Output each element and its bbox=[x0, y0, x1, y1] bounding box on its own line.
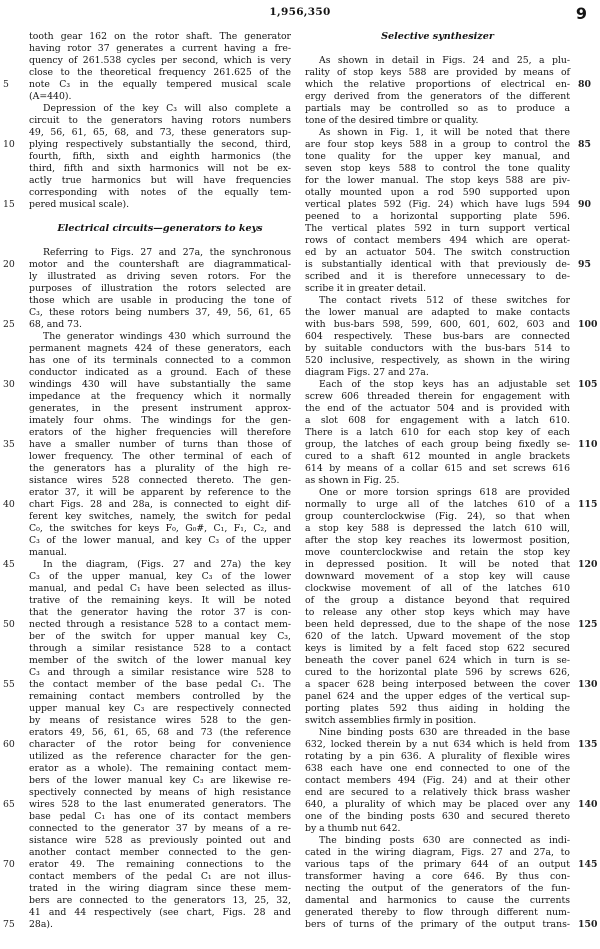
text-line: scribe it in greater detail. bbox=[305, 283, 570, 295]
line-number: 135 bbox=[578, 739, 597, 751]
text-line: C₃ of the upper manual, key C₃ of the lo… bbox=[29, 571, 291, 583]
text-line: close to the theoretical frequency 261.6… bbox=[29, 67, 291, 79]
text-line: 28a). bbox=[29, 919, 291, 931]
text-line: The contact rivets 512 of these switches… bbox=[305, 295, 570, 307]
text-line: manual. bbox=[29, 547, 291, 559]
line-number: 60 bbox=[3, 739, 15, 751]
text-line: been held depressed, due to the shape of… bbox=[305, 619, 570, 631]
text-line: manual, and pedal C₁ have been selected … bbox=[29, 583, 291, 595]
text-line: the generators has a plurality of the hi… bbox=[29, 463, 291, 475]
text-line: that the generator having the rotor 37 i… bbox=[29, 607, 291, 619]
text-line: purposes of illustration the rotors sele… bbox=[29, 283, 291, 295]
text-line: move counterclockwise and retain the sto… bbox=[305, 547, 570, 559]
line-number: 45 bbox=[3, 559, 15, 571]
text-line: member of the switch of the lower manual… bbox=[29, 655, 291, 667]
text-line: porting plates 592 thus aiding in holdin… bbox=[305, 703, 570, 715]
text-line: ergy derived from the generators of the … bbox=[305, 91, 570, 103]
text-line: 632, locked therein by a nut 634 which i… bbox=[305, 739, 570, 751]
line-number: 105 bbox=[578, 379, 597, 391]
section-heading: Electrical circuits—generators to keys bbox=[29, 223, 291, 235]
text-line: has one of its terminals connected to a … bbox=[29, 355, 291, 367]
text-line: trated in the wiring diagram since these… bbox=[29, 883, 291, 895]
text-line: upper manual key C₃ are respectively con… bbox=[29, 703, 291, 715]
spacer bbox=[305, 43, 570, 55]
text-line: group, the latches of each group being f… bbox=[305, 439, 570, 451]
line-number: 90 bbox=[578, 199, 591, 211]
line-number: 125 bbox=[578, 619, 597, 631]
text-line: tooth gear 162 on the rotor shaft. The g… bbox=[29, 31, 291, 43]
text-line: is substantially identical with that pre… bbox=[305, 259, 570, 271]
text-line: C₃ and through a similar resistance wire… bbox=[29, 667, 291, 679]
text-line: having rotor 37 generates a current havi… bbox=[29, 43, 291, 55]
spacer bbox=[29, 235, 291, 247]
text-line: sistance wire 528 as previously pointed … bbox=[29, 835, 291, 847]
text-line: C₃, these rotors being numbers 37, 49, 5… bbox=[29, 307, 291, 319]
line-number: 120 bbox=[578, 559, 597, 571]
text-line: end are secured to a relatively thick br… bbox=[305, 787, 570, 799]
text-line: permanent magnets 424 of these generator… bbox=[29, 343, 291, 355]
text-line: generates, in the present instrument app… bbox=[29, 403, 291, 415]
text-line: damental and harmonics to cause the curr… bbox=[305, 895, 570, 907]
line-number: 80 bbox=[578, 79, 591, 91]
text-line: erators 49, 56, 61, 65, 68 and 73 (the r… bbox=[29, 727, 291, 739]
text-line: base pedal C₁ has one of its contact mem… bbox=[29, 811, 291, 823]
text-line: beneath the cover panel 624 which in tur… bbox=[305, 655, 570, 667]
text-line: third, fifth and sixth harmonics will no… bbox=[29, 163, 291, 175]
text-line: trative of the remaining keys. It will b… bbox=[29, 595, 291, 607]
line-number: 85 bbox=[578, 139, 591, 151]
text-line: Each of the stop keys has an adjustable … bbox=[305, 379, 570, 391]
text-line: fourth, fifth, sixth and eighth harmonic… bbox=[29, 151, 291, 163]
paragraph: Each of the stop keys has an adjustable … bbox=[305, 379, 570, 487]
text-line: clockwise movement of all of the latches… bbox=[305, 583, 570, 595]
line-number: 95 bbox=[578, 259, 591, 271]
text-line: One or more torsion springs 618 are prov… bbox=[305, 487, 570, 499]
line-number: 115 bbox=[578, 499, 597, 511]
text-line: the contact member of the base pedal C₁.… bbox=[29, 679, 291, 691]
paragraph: As shown in Fig. 1, it will be noted tha… bbox=[305, 127, 570, 295]
paragraph: tooth gear 162 on the rotor shaft. The g… bbox=[29, 31, 291, 103]
text-line: 41 and 44 respectively (see chart, Figs.… bbox=[29, 907, 291, 919]
text-line: The generator windings 430 which surroun… bbox=[29, 331, 291, 343]
text-line: through a similar resistance 528 to a co… bbox=[29, 643, 291, 655]
text-line: ferent key switches, namely, the switch … bbox=[29, 511, 291, 523]
text-line: to release any other stop keys which may… bbox=[305, 607, 570, 619]
text-line: cured to the horizontal plate 596 by scr… bbox=[305, 667, 570, 679]
text-line: normally to urge all of the latches 610 … bbox=[305, 499, 570, 511]
line-number: 5 bbox=[3, 79, 9, 91]
text-line: rows of contact members 494 which are op… bbox=[305, 235, 570, 247]
text-line: 640, a plurality of which may be placed … bbox=[305, 799, 570, 811]
text-line: 520 inclusive, respectively, as shown in… bbox=[305, 355, 570, 367]
text-line: after the stop key reaches its lowermost… bbox=[305, 535, 570, 547]
text-line: pered musical scale). bbox=[29, 199, 291, 211]
text-line: 638 each have one end connected to one o… bbox=[305, 763, 570, 775]
text-line: wires 528 to the last enumerated generat… bbox=[29, 799, 291, 811]
text-line: C₀, the switches for keys F₀, G₀#, C₁, F… bbox=[29, 523, 291, 535]
text-line: 614 by means of a collar 615 and set scr… bbox=[305, 463, 570, 475]
paragraph: As shown in detail in Figs. 24 and 25, a… bbox=[305, 55, 570, 127]
left-column: tooth gear 162 on the rotor shaft. The g… bbox=[29, 31, 291, 931]
text-line: necting the output of the generators of … bbox=[305, 883, 570, 895]
text-line: windings 430 will have substantially the… bbox=[29, 379, 291, 391]
text-line: cured to a shaft 612 mounted in angle br… bbox=[305, 451, 570, 463]
line-number: 30 bbox=[3, 379, 15, 391]
text-line: cated in the wiring diagram, Figs. 27 an… bbox=[305, 847, 570, 859]
text-line: 49, 56, 61, 65, 68, and 73, these genera… bbox=[29, 127, 291, 139]
text-line: spectively connected by means of high re… bbox=[29, 787, 291, 799]
patent-number: 1,956,350 bbox=[0, 6, 600, 18]
text-line: as shown in Fig. 25. bbox=[305, 475, 570, 487]
text-line: character of the rotor being for conveni… bbox=[29, 739, 291, 751]
line-number: 20 bbox=[3, 259, 15, 271]
text-line: of the group a distance beyond that requ… bbox=[305, 595, 570, 607]
text-line: In the diagram, (Figs. 27 and 27a) the k… bbox=[29, 559, 291, 571]
text-line: group counterclockwise (Fig. 24), so tha… bbox=[305, 511, 570, 523]
text-line: impedance at the frequency which it norm… bbox=[29, 391, 291, 403]
text-line: ly illustrated as driving seven rotors. … bbox=[29, 271, 291, 283]
text-line: There is a latch 610 for each stop key o… bbox=[305, 427, 570, 439]
text-line: remaining contact members controlled by … bbox=[29, 691, 291, 703]
text-line: seven stop keys 588 to control the tone … bbox=[305, 163, 570, 175]
text-line: erator 49. The remaining connections to … bbox=[29, 859, 291, 871]
page-number: 9 bbox=[576, 4, 587, 23]
text-line: for the lower manual. The stop keys 588 … bbox=[305, 175, 570, 187]
line-number: 130 bbox=[578, 679, 597, 691]
text-line: corresponding with notes of the equally … bbox=[29, 187, 291, 199]
text-line: have a smaller number of turns than thos… bbox=[29, 439, 291, 451]
text-line: utilized as the reference character for … bbox=[29, 751, 291, 763]
text-line: by suitable conductors with the bus-bars… bbox=[305, 343, 570, 355]
text-line: generated thereby to flow through differ… bbox=[305, 907, 570, 919]
text-line: ber of the switch for upper manual key C… bbox=[29, 631, 291, 643]
line-number: 70 bbox=[3, 859, 15, 871]
text-line: C₃ of the lower manual, and key C₃ of th… bbox=[29, 535, 291, 547]
line-number: 140 bbox=[578, 799, 597, 811]
text-line: scribed and it is therefore unnecessary … bbox=[305, 271, 570, 283]
text-line: otally mounted upon a rod 590 supported … bbox=[305, 187, 570, 199]
paragraph: Nine binding posts 630 are threaded in t… bbox=[305, 727, 570, 835]
text-line: conductor indicated as a ground. Each of… bbox=[29, 367, 291, 379]
line-number: 75 bbox=[3, 919, 15, 931]
text-line: As shown in detail in Figs. 24 and 25, a… bbox=[305, 55, 570, 67]
text-line: actly true harmonics but will have frequ… bbox=[29, 175, 291, 187]
text-line: switch assemblies firmly in position. bbox=[305, 715, 570, 727]
spacer bbox=[29, 211, 291, 223]
text-line: a slot 608 for engagement with a latch 6… bbox=[305, 415, 570, 427]
text-line: tone quality for the upper key manual, a… bbox=[305, 151, 570, 163]
text-line: sistance wires 528 connected thereto. Th… bbox=[29, 475, 291, 487]
text-line: partials may be controlled so as to prod… bbox=[305, 103, 570, 115]
text-line: bers of turns of the primary of the outp… bbox=[305, 919, 570, 931]
text-line: screw 606 threaded therein for engagemen… bbox=[305, 391, 570, 403]
text-line: contact members 494 (Fig. 24) and at the… bbox=[305, 775, 570, 787]
text-line: Nine binding posts 630 are threaded in t… bbox=[305, 727, 570, 739]
paragraph: Referring to Figs. 27 and 27a, the synch… bbox=[29, 247, 291, 331]
section-heading: Selective synthesizer bbox=[305, 31, 570, 43]
text-line: quency of 261.538 cycles per second, whi… bbox=[29, 55, 291, 67]
text-line: circuit to the generators having rotors … bbox=[29, 115, 291, 127]
text-line: one of the binding posts 630 and secured… bbox=[305, 811, 570, 823]
text-line: imately four ohms. The windings for the … bbox=[29, 415, 291, 427]
text-line: connected to the generator 37 by means o… bbox=[29, 823, 291, 835]
text-line: chart Figs. 28 and 28a, is connected to … bbox=[29, 499, 291, 511]
line-number: 65 bbox=[3, 799, 15, 811]
text-line: 68, and 73. bbox=[29, 319, 291, 331]
paragraph: The generator windings 430 which surroun… bbox=[29, 331, 291, 559]
text-line: erator as a whole). The remaining contac… bbox=[29, 763, 291, 775]
text-line: which the relative proportions of electr… bbox=[305, 79, 570, 91]
text-line: keys is limited by a felt faced stop 622… bbox=[305, 643, 570, 655]
text-line: with bus-bars 598, 599, 600, 601, 602, 6… bbox=[305, 319, 570, 331]
text-line: The binding posts 630 are connected as i… bbox=[305, 835, 570, 847]
paragraph: The binding posts 630 are connected as i… bbox=[305, 835, 570, 931]
text-line: plying respectively substantially the se… bbox=[29, 139, 291, 151]
line-number: 145 bbox=[578, 859, 597, 871]
text-line: Depression of the key C₃ will also compl… bbox=[29, 103, 291, 115]
line-number: 15 bbox=[3, 199, 15, 211]
text-line: panel 624 and the upper edges of the ver… bbox=[305, 691, 570, 703]
line-number: 100 bbox=[578, 319, 597, 331]
paragraph: The contact rivets 512 of these switches… bbox=[305, 295, 570, 379]
line-number: 40 bbox=[3, 499, 15, 511]
text-line: motor and the countershaft are diagramma… bbox=[29, 259, 291, 271]
text-line: transformer having a core 646. By thus c… bbox=[305, 871, 570, 883]
text-line: peened to a horizontal supporting plate … bbox=[305, 211, 570, 223]
text-line: bers of the lower manual key C₃ are like… bbox=[29, 775, 291, 787]
text-line: by a thumb nut 642. bbox=[305, 823, 570, 835]
text-line: the end of the actuator 504 and is provi… bbox=[305, 403, 570, 415]
text-line: are four stop keys 588 in a group to con… bbox=[305, 139, 570, 151]
text-line: nected through a resistance 528 to a con… bbox=[29, 619, 291, 631]
text-line: ed by an actuator 504. The switch constr… bbox=[305, 247, 570, 259]
text-line: vertical plates 592 (Fig. 24) which have… bbox=[305, 199, 570, 211]
text-line: those which are usable in producing the … bbox=[29, 295, 291, 307]
paragraph: In the diagram, (Figs. 27 and 27a) the k… bbox=[29, 559, 291, 931]
text-line: by means of resistance wires 528 to the … bbox=[29, 715, 291, 727]
text-line: The vertical plates 592 in turn support … bbox=[305, 223, 570, 235]
text-line: note C₃ in the equally tempered musical … bbox=[29, 79, 291, 91]
text-line: a spacer 628 being interposed between th… bbox=[305, 679, 570, 691]
right-column: Selective synthesizerAs shown in detail … bbox=[305, 31, 570, 931]
line-number: 150 bbox=[578, 919, 597, 931]
text-line: various taps of the primary 644 of an ou… bbox=[305, 859, 570, 871]
line-number: 50 bbox=[3, 619, 15, 631]
paragraph: One or more torsion springs 618 are prov… bbox=[305, 487, 570, 727]
text-line: erators of the higher frequencies will t… bbox=[29, 427, 291, 439]
text-line: 620 of the latch. Upward movement of the… bbox=[305, 631, 570, 643]
text-line: a stop key 588 is depressed the latch 61… bbox=[305, 523, 570, 535]
text-line: (A=440). bbox=[29, 91, 291, 103]
text-line: downward movement of a stop key will cau… bbox=[305, 571, 570, 583]
text-line: Referring to Figs. 27 and 27a, the synch… bbox=[29, 247, 291, 259]
text-line: erator 37, it will be apparent by refere… bbox=[29, 487, 291, 499]
paragraph: Depression of the key C₃ will also compl… bbox=[29, 103, 291, 211]
line-number: 35 bbox=[3, 439, 15, 451]
text-line: another contact member connected to the … bbox=[29, 847, 291, 859]
text-line: contact members of the pedal C₁ are not … bbox=[29, 871, 291, 883]
text-line: diagram Figs. 27 and 27a. bbox=[305, 367, 570, 379]
line-number: 55 bbox=[3, 679, 15, 691]
text-line: the lower manual are adapted to make con… bbox=[305, 307, 570, 319]
line-number: 110 bbox=[578, 439, 597, 451]
text-line: lower frequency. The other terminal of e… bbox=[29, 451, 291, 463]
text-line: in depressed position. It will be noted … bbox=[305, 559, 570, 571]
text-line: 604 respectively. These bus-bars are con… bbox=[305, 331, 570, 343]
text-line: rotating by a pin 636. A plurality of fl… bbox=[305, 751, 570, 763]
page-header: 1,956,350 9 bbox=[0, 4, 600, 24]
line-number: 10 bbox=[3, 139, 15, 151]
text-line: bers are connected to the generators 13,… bbox=[29, 895, 291, 907]
text-line: tone of the desired timbre or quality. bbox=[305, 115, 570, 127]
text-line: rality of stop keys 588 are provided by … bbox=[305, 67, 570, 79]
text-line: As shown in Fig. 1, it will be noted tha… bbox=[305, 127, 570, 139]
line-number: 25 bbox=[3, 319, 15, 331]
